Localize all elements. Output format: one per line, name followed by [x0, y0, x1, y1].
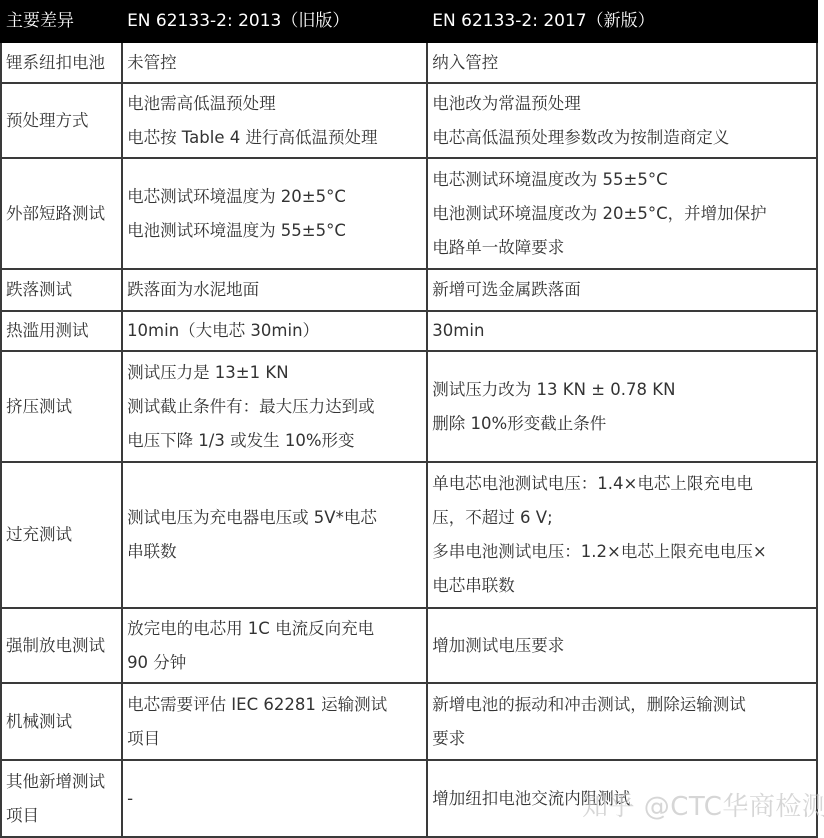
old-version-text: 测试电压为充电器电压或 5V*电芯	[127, 501, 426, 535]
old-version-text: 电池测试环境温度为 55±5°C	[127, 214, 426, 248]
new-version-cell: 增加测试电压要求	[427, 608, 817, 683]
new-version-text: 电芯测试环境温度改为 55±5°C	[432, 163, 816, 197]
header-new-version: EN 62133-2: 2017（新版）	[427, 1, 817, 42]
table-row: 外部短路测试 电芯测试环境温度为 20±5°C 电池测试环境温度为 55±5°C…	[1, 158, 817, 269]
new-version-cell: 测试压力改为 13 KN ± 0.78 KN 删除 10%形变截止条件	[427, 351, 817, 462]
old-version-text: 串联数	[127, 535, 426, 569]
old-version-cell: 跌落面为水泥地面	[122, 269, 427, 311]
row-item-text: 过充测试	[6, 518, 121, 552]
table-row: 其他新增测试 项目 - 增加纽扣电池交流内阻测试	[1, 760, 817, 837]
old-version-cell: -	[122, 760, 427, 837]
new-version-text: 要求	[432, 722, 816, 756]
new-version-cell: 电芯测试环境温度改为 55±5°C 电池测试环境温度改为 20±5°C，并增加保…	[427, 158, 817, 269]
old-version-text: 放完电的电芯用 1C 电流反向充电	[127, 612, 426, 646]
new-version-cell: 新增可选金属跌落面	[427, 269, 817, 311]
old-version-cell: 电芯需要评估 IEC 62281 运输测试 项目	[122, 683, 427, 760]
old-version-text: 10min（大电芯 30min）	[127, 314, 426, 348]
row-item-cell: 锂系纽扣电池	[1, 42, 122, 83]
new-version-text: 压，不超过 6 V;	[432, 501, 816, 535]
row-item-text: 跌落测试	[6, 273, 121, 307]
new-version-text: 测试压力改为 13 KN ± 0.78 KN	[432, 373, 816, 407]
old-version-text: 电芯需要评估 IEC 62281 运输测试	[127, 688, 426, 722]
new-version-cell: 纳入管控	[427, 42, 817, 83]
old-version-text: 电芯按 Table 4 进行高低温预处理	[127, 121, 426, 155]
new-version-text: 单电芯电池测试电压：1.4×电芯上限充电电	[432, 467, 816, 501]
new-version-text: 电池改为常温预处理	[432, 87, 816, 121]
new-version-text: 电池测试环境温度改为 20±5°C，并增加保护	[432, 197, 816, 231]
new-version-cell: 单电芯电池测试电压：1.4×电芯上限充电电 压，不超过 6 V; 多串电池测试电…	[427, 462, 817, 608]
new-version-text: 新增可选金属跌落面	[432, 273, 816, 307]
row-item-text: 机械测试	[6, 705, 121, 739]
table-row: 跌落测试 跌落面为水泥地面 新增可选金属跌落面	[1, 269, 817, 311]
table-row: 锂系纽扣电池 未管控 纳入管控	[1, 42, 817, 83]
old-version-cell: 电芯测试环境温度为 20±5°C 电池测试环境温度为 55±5°C	[122, 158, 427, 269]
new-version-cell: 增加纽扣电池交流内阻测试	[427, 760, 817, 837]
old-version-cell: 10min（大电芯 30min）	[122, 311, 427, 351]
row-item-text: 项目	[6, 799, 121, 833]
row-item-cell: 跌落测试	[1, 269, 122, 311]
old-version-text: -	[127, 782, 426, 816]
old-version-cell: 电池需高低温预处理 电芯按 Table 4 进行高低温预处理	[122, 83, 427, 158]
new-version-text: 新增电池的振动和冲击测试，删除运输测试	[432, 688, 816, 722]
row-item-cell: 热滥用测试	[1, 311, 122, 351]
new-version-text: 纳入管控	[432, 46, 816, 80]
table-row: 热滥用测试 10min（大电芯 30min） 30min	[1, 311, 817, 351]
old-version-text: 项目	[127, 722, 426, 756]
new-version-text: 增加纽扣电池交流内阻测试	[432, 782, 816, 816]
row-item-cell: 挤压测试	[1, 351, 122, 462]
old-version-text: 90 分钟	[127, 646, 426, 680]
old-version-text: 测试压力是 13±1 KN	[127, 356, 426, 390]
old-version-cell: 放完电的电芯用 1C 电流反向充电 90 分钟	[122, 608, 427, 683]
old-version-text: 电压下降 1/3 或发生 10%形变	[127, 424, 426, 458]
old-version-text: 电芯测试环境温度为 20±5°C	[127, 180, 426, 214]
row-item-cell: 过充测试	[1, 462, 122, 608]
new-version-cell: 新增电池的振动和冲击测试，删除运输测试 要求	[427, 683, 817, 760]
row-item-text: 其他新增测试	[6, 765, 121, 799]
comparison-table: 主要差异 EN 62133-2: 2013（旧版） EN 62133-2: 20…	[0, 0, 818, 838]
new-version-text: 电芯串联数	[432, 569, 816, 603]
header-main-difference: 主要差异	[1, 1, 122, 42]
old-version-cell: 测试压力是 13±1 KN 测试截止条件有：最大压力达到或 电压下降 1/3 或…	[122, 351, 427, 462]
row-item-text: 锂系纽扣电池	[6, 46, 121, 80]
row-item-text: 外部短路测试	[6, 197, 121, 231]
table-row: 预处理方式 电池需高低温预处理 电芯按 Table 4 进行高低温预处理 电池改…	[1, 83, 817, 158]
table-row: 挤压测试 测试压力是 13±1 KN 测试截止条件有：最大压力达到或 电压下降 …	[1, 351, 817, 462]
new-version-text: 多串电池测试电压：1.2×电芯上限充电电压×	[432, 535, 816, 569]
new-version-text: 删除 10%形变截止条件	[432, 407, 816, 441]
header-old-version: EN 62133-2: 2013（旧版）	[122, 1, 427, 42]
row-item-text: 强制放电测试	[6, 629, 121, 663]
row-item-cell: 预处理方式	[1, 83, 122, 158]
new-version-text: 电路单一故障要求	[432, 231, 816, 265]
row-item-cell: 外部短路测试	[1, 158, 122, 269]
old-version-cell: 未管控	[122, 42, 427, 83]
old-version-cell: 测试电压为充电器电压或 5V*电芯 串联数	[122, 462, 427, 608]
table-header-row: 主要差异 EN 62133-2: 2013（旧版） EN 62133-2: 20…	[1, 1, 817, 42]
row-item-text: 预处理方式	[6, 104, 121, 138]
row-item-cell: 机械测试	[1, 683, 122, 760]
old-version-text: 未管控	[127, 46, 426, 80]
table-row: 机械测试 电芯需要评估 IEC 62281 运输测试 项目 新增电池的振动和冲击…	[1, 683, 817, 760]
old-version-text: 测试截止条件有：最大压力达到或	[127, 390, 426, 424]
row-item-text: 挤压测试	[6, 390, 121, 424]
new-version-cell: 电池改为常温预处理 电芯高低温预处理参数改为按制造商定义	[427, 83, 817, 158]
row-item-cell: 强制放电测试	[1, 608, 122, 683]
table-row: 过充测试 测试电压为充电器电压或 5V*电芯 串联数 单电芯电池测试电压：1.4…	[1, 462, 817, 608]
table-row: 强制放电测试 放完电的电芯用 1C 电流反向充电 90 分钟 增加测试电压要求	[1, 608, 817, 683]
old-version-text: 跌落面为水泥地面	[127, 273, 426, 307]
new-version-cell: 30min	[427, 311, 817, 351]
new-version-text: 增加测试电压要求	[432, 629, 816, 663]
row-item-text: 热滥用测试	[6, 314, 121, 348]
new-version-text: 电芯高低温预处理参数改为按制造商定义	[432, 121, 816, 155]
new-version-text: 30min	[432, 314, 816, 348]
old-version-text: 电池需高低温预处理	[127, 87, 426, 121]
row-item-cell: 其他新增测试 项目	[1, 760, 122, 837]
